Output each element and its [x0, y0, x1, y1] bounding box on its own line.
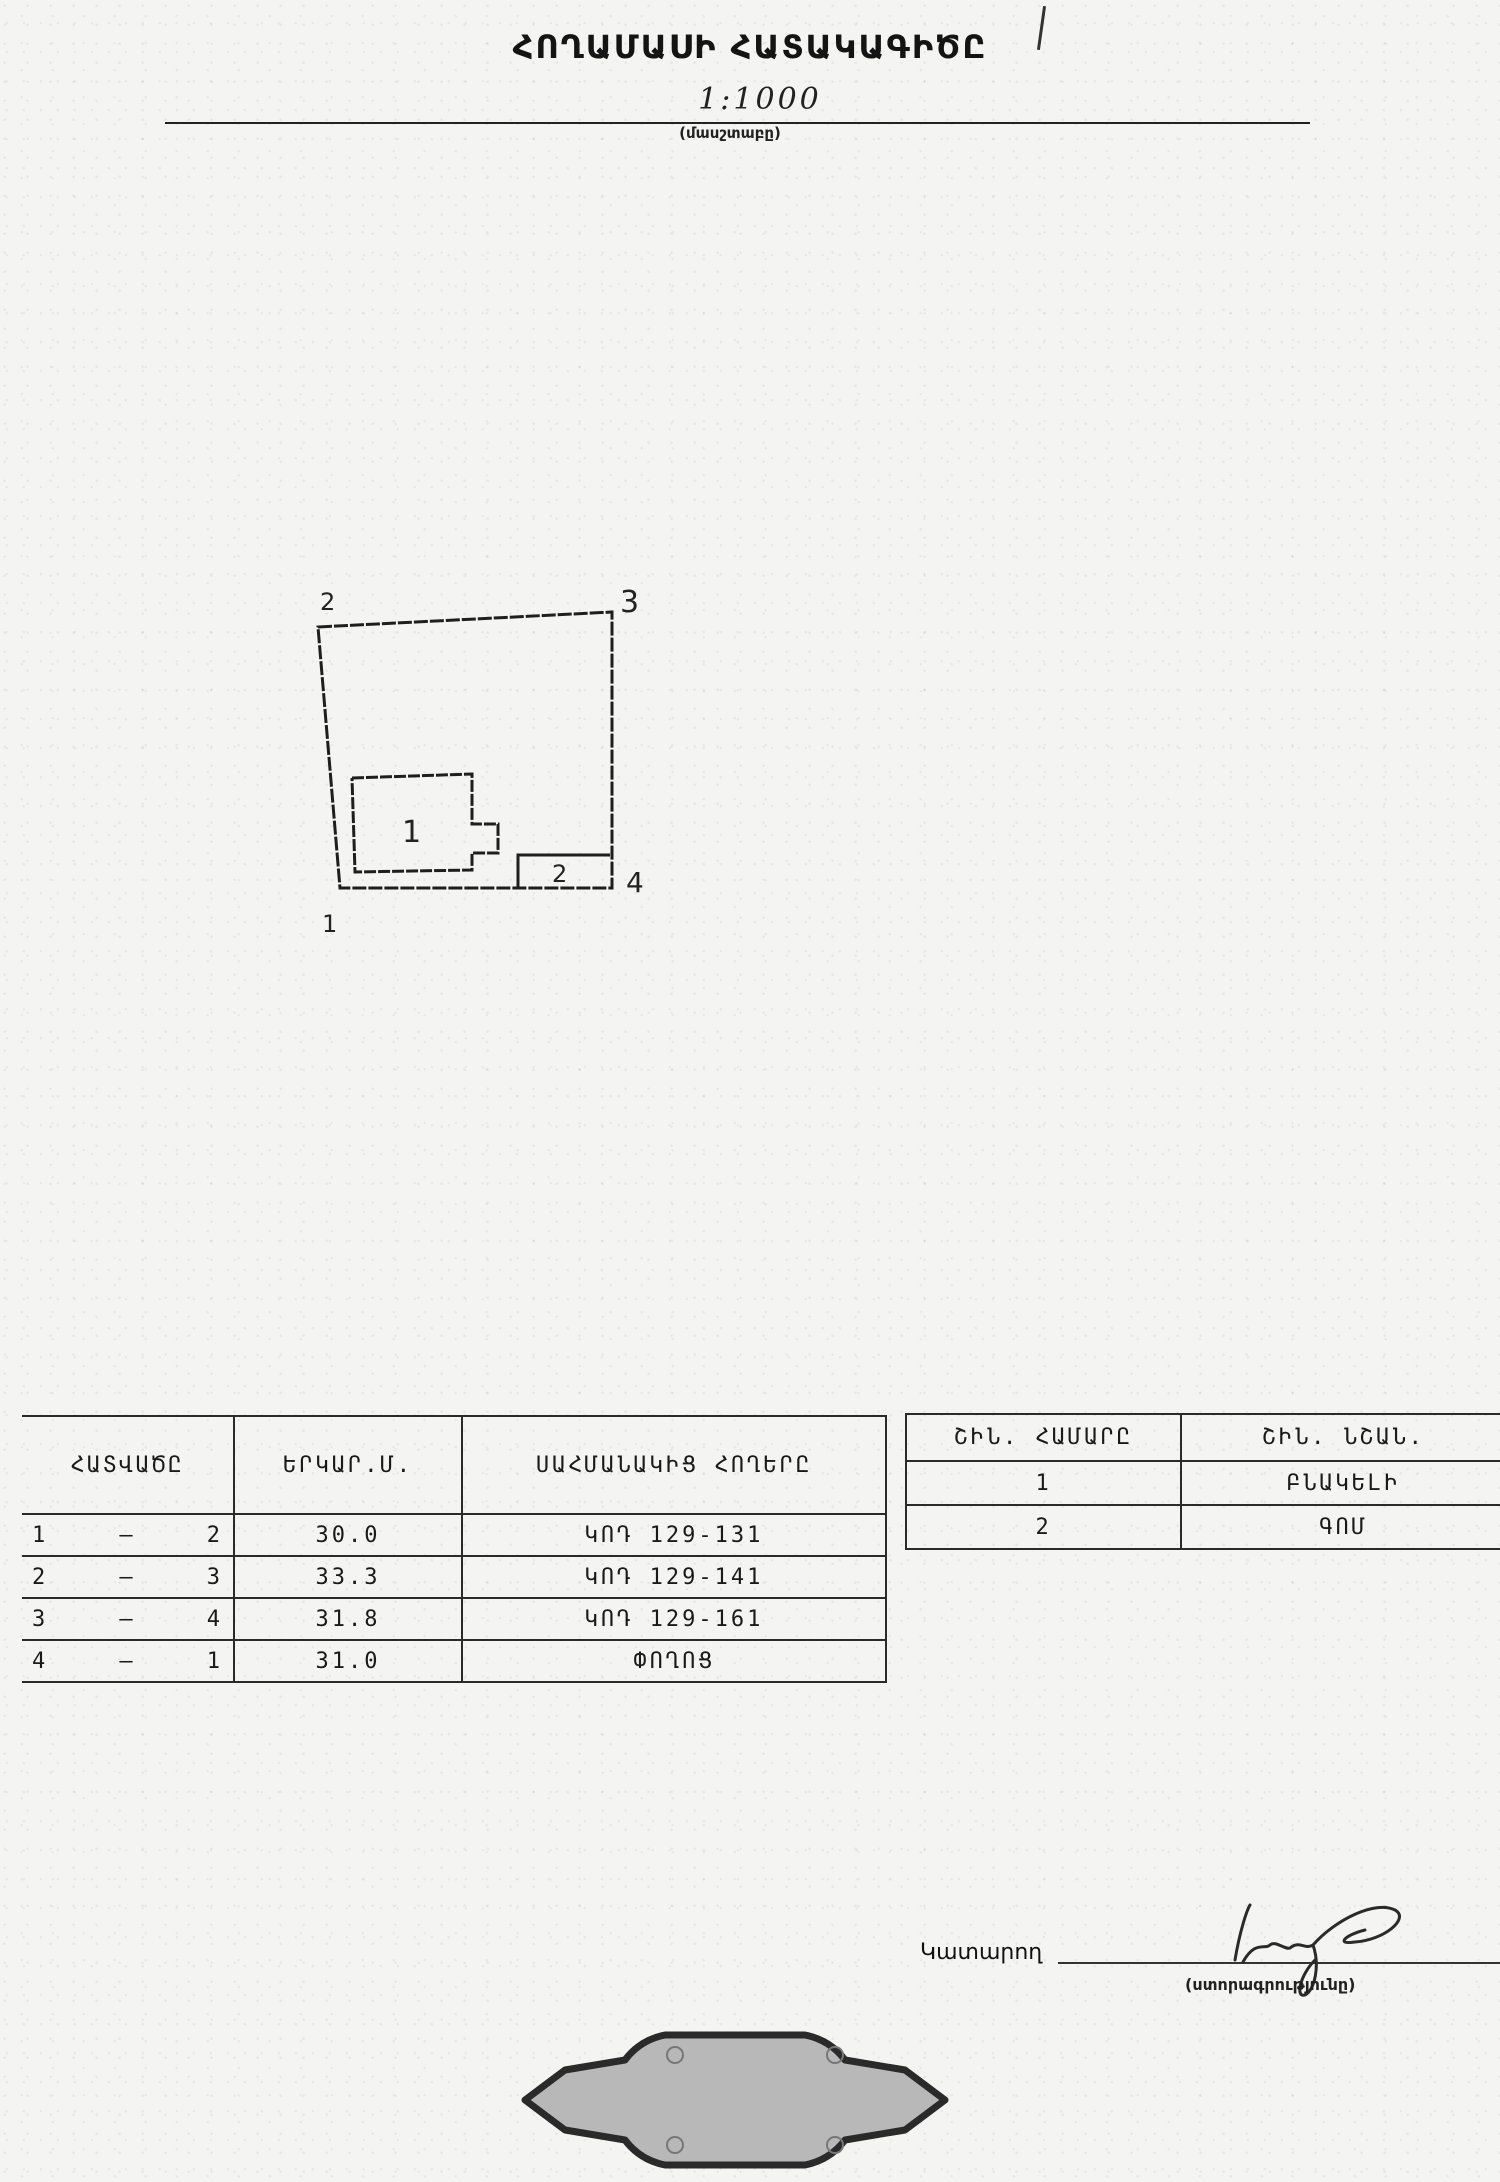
segment-dash: –	[119, 1565, 135, 1590]
land-plot-plan: 2 3 4 1 1 2	[300, 570, 660, 950]
building-purpose-cell: ԲՆԱԿԵԼԻ	[1181, 1461, 1500, 1505]
segment-dash: –	[119, 1607, 135, 1632]
plot-boundary	[318, 612, 612, 888]
scale-caption: (մասշտաբը)	[640, 124, 820, 142]
segment-dash: –	[119, 1523, 135, 1548]
table-row: 4–1 31.0 ՓՈՂՈՑ	[22, 1640, 886, 1682]
building-purpose-cell: ԳՈՄ	[1181, 1505, 1500, 1549]
segment-to: 1	[207, 1649, 223, 1674]
length-cell: 33.3	[234, 1556, 462, 1598]
building-label-2: 2	[552, 860, 567, 888]
segment-from: 3	[32, 1607, 48, 1632]
table-row: 2 ԳՈՄ	[906, 1505, 1500, 1549]
header-length: ԵՐԿԱՐ.Մ.	[234, 1416, 462, 1514]
neighbor-cell: ԿՈԴ 129-141	[462, 1556, 886, 1598]
executor-label: Կատարող	[920, 1940, 1042, 1965]
segment-to: 2	[207, 1523, 223, 1548]
segment-cell: 1–2	[22, 1514, 234, 1556]
building-label-1: 1	[402, 815, 421, 850]
table-row: 3–4 31.8 ԿՈԴ 129-161	[22, 1598, 886, 1640]
buildings-table-header: ՇԻՆ. ՀԱՄԱՐԸ ՇԻՆ. ՆՇԱՆ.	[906, 1414, 1500, 1461]
segment-cell: 2–3	[22, 1556, 234, 1598]
corner-label-3: 3	[620, 585, 639, 620]
building-number-cell: 1	[906, 1461, 1181, 1505]
length-cell: 31.0	[234, 1640, 462, 1682]
segment-from: 1	[32, 1523, 48, 1548]
header-neighbors: ՍԱՀՄԱՆԱԿԻՑ ՀՈՂԵՐԸ	[462, 1416, 886, 1514]
length-cell: 31.8	[234, 1598, 462, 1640]
segment-dash: –	[119, 1649, 135, 1674]
segment-to: 3	[207, 1565, 223, 1590]
signature-caption: (ստորագրությունը)	[1185, 1975, 1355, 1994]
corner-label-1: 1	[322, 910, 337, 938]
building-number-cell: 2	[906, 1505, 1181, 1549]
neighbor-cell: ԿՈԴ 129-131	[462, 1514, 886, 1556]
header-building-number: ՇԻՆ. ՀԱՄԱՐԸ	[906, 1414, 1181, 1461]
boundary-table-header: ՀԱՏՎԱԾԸ ԵՐԿԱՐ.Մ. ՍԱՀՄԱՆԱԿԻՑ ՀՈՂԵՐԸ	[22, 1416, 886, 1514]
boundary-table: ՀԱՏՎԱԾԸ ԵՐԿԱՐ.Մ. ՍԱՀՄԱՆԱԿԻՑ ՀՈՂԵՐԸ 1–2 3…	[22, 1415, 887, 1683]
seal-stamp	[505, 2025, 965, 2175]
neighbor-cell: ԿՈԴ 129-161	[462, 1598, 886, 1640]
paper-texture	[0, 0, 1500, 2182]
corner-label-4: 4	[626, 866, 644, 899]
neighbor-cell: ՓՈՂՈՑ	[462, 1640, 886, 1682]
table-row: 1 ԲՆԱԿԵԼԻ	[906, 1461, 1500, 1505]
segment-cell: 4–1	[22, 1640, 234, 1682]
buildings-table: ՇԻՆ. ՀԱՄԱՐԸ ՇԻՆ. ՆՇԱՆ. 1 ԲՆԱԿԵԼԻ 2 ԳՈՄ	[905, 1413, 1500, 1550]
corner-label-2: 2	[320, 588, 335, 616]
building-1-outline	[352, 774, 498, 872]
length-cell: 30.0	[234, 1514, 462, 1556]
segment-from: 4	[32, 1649, 48, 1674]
header-segment: ՀԱՏՎԱԾԸ	[22, 1416, 234, 1514]
segment-to: 4	[207, 1607, 223, 1632]
segment-cell: 3–4	[22, 1598, 234, 1640]
table-row: 2–3 33.3 ԿՈԴ 129-141	[22, 1556, 886, 1598]
segment-from: 2	[32, 1565, 48, 1590]
scale-value: 1:1000	[640, 82, 880, 117]
table-row: 1–2 30.0 ԿՈԴ 129-131	[22, 1514, 886, 1556]
document-title: ՀՈՂԱՄԱՍԻ ՀԱՏԱԿԱԳԻԾԸ	[0, 28, 1500, 66]
header-building-purpose: ՇԻՆ. ՆՇԱՆ.	[1181, 1414, 1500, 1461]
